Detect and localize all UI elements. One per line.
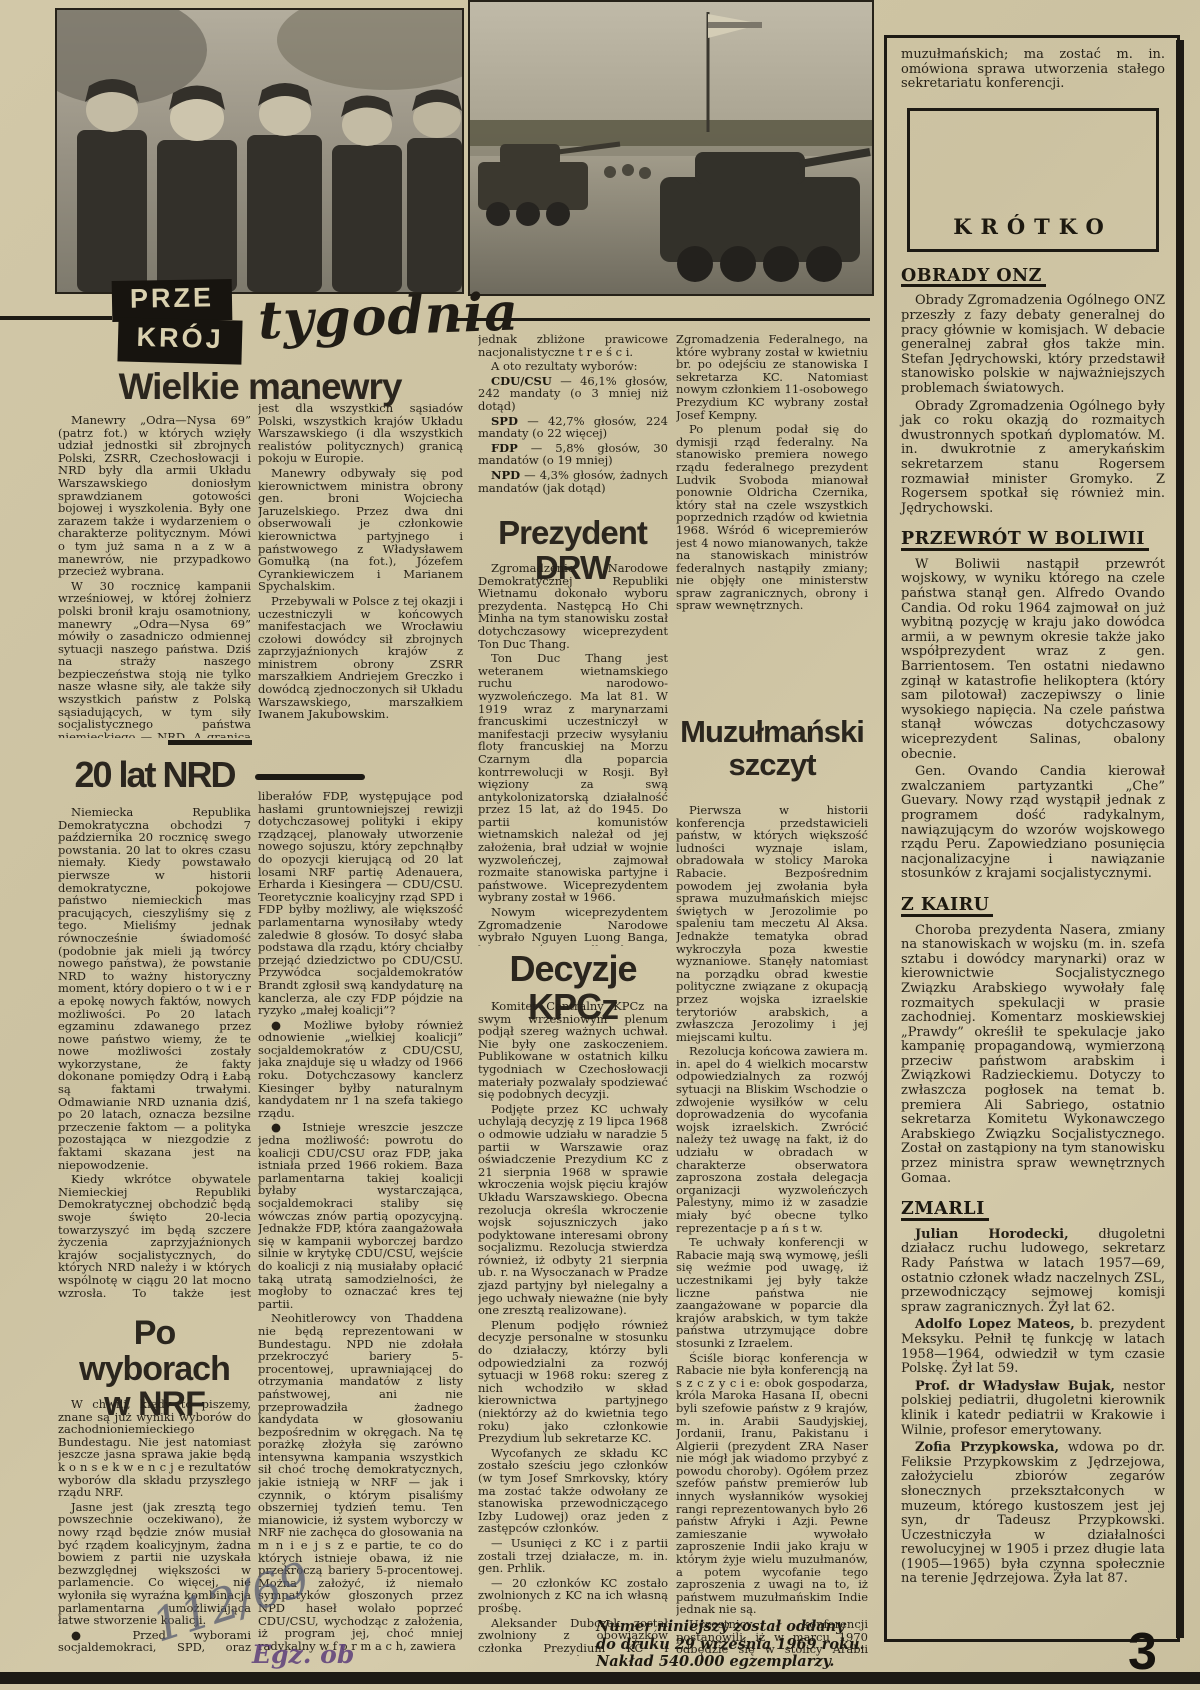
paragraph: Gen. Ovando Candia kierował zwalczaniem … — [901, 765, 1165, 882]
results-intro: A oto rezultaty wyborów: — [478, 360, 668, 373]
paragraph: liberałów FDP, występujące pod hasłami g… — [258, 790, 463, 1017]
paragraph: Rezolucja końcowa zawiera m. in. apel do… — [676, 1045, 868, 1234]
paragraph: Manewry odbywały się pod kierownictwem m… — [258, 467, 463, 593]
photo-military-parade — [468, 0, 874, 296]
paragraph: — Usunięci z KC i z partii zostali trzej… — [478, 1537, 668, 1575]
paragraph: W chwili, kiedy to piszemy, znane są już… — [58, 1398, 251, 1499]
article-prezydent-drw: Zgromadzenie Narodowe Demokratycznej Rep… — [478, 562, 668, 946]
obituary-zofia-przypkowska: Zofia Przypkowska, wdowa po dr. Feliksie… — [901, 1441, 1165, 1587]
photo-military-parade-image — [470, 2, 872, 294]
paragraph: Choroba prezydenta Nasera, zmiany na sta… — [901, 924, 1165, 1187]
sidebar-intro-paragraph: muzułmańskich; ma zostać m. in. omówiona… — [901, 48, 1165, 92]
paragraph: — 20 członków KC zostało zwolnionych z K… — [478, 1577, 668, 1615]
paragraph: jest dla wszystkich sąsiadów Polski, wsz… — [258, 402, 463, 465]
page-number: 3 — [1128, 1622, 1157, 1682]
paragraph: Ściśle biorąc konferencja w Rabacie nie … — [676, 1352, 868, 1616]
paragraph: ● Możliwe byłoby również odnowienie „wie… — [258, 1019, 463, 1120]
krotko-label: KRÓTKO — [910, 220, 1156, 235]
paragraph: Wycofanych ze składu KC zostało sześciu … — [478, 1447, 668, 1535]
paragraph: Obrady Zgromadzenia Ogólnego ONZ przeszł… — [901, 294, 1165, 396]
obituary-name: Prof. dr Władysław Bujak, — [915, 1379, 1115, 1394]
photo-military-officers — [55, 8, 464, 294]
paragraph: Kiedy wkrótce obywatele Niemieckiej Repu… — [58, 1173, 251, 1298]
article-muzulmanski-szczyt: Pierwsza w historii konferencja przedsta… — [676, 804, 868, 1656]
obituary-name: Zofia Przypkowska, — [915, 1440, 1059, 1455]
article-decyzje-kpcz-col4: Zgromadzenia Federalnego, na które wybra… — [676, 333, 868, 705]
article-po-wyborach-col3: jednak zbliżone prawicowe nacjonalistycz… — [478, 333, 668, 511]
section-divider-col2 — [255, 774, 365, 780]
logo-top-block: PRZE — [112, 279, 233, 322]
paragraph: W Boliwii nastąpił przewrót wojskowy, w … — [901, 558, 1165, 762]
article-decyzje-kpcz-col3: Komitet Centralny KPCz na swym wrześniow… — [478, 1000, 668, 1656]
paragraph: jednak zbliżone prawicowe nacjonalistycz… — [478, 333, 668, 358]
section-divider-nrd — [168, 740, 252, 745]
print-note-line2: do druku 29 września 1969 roku. — [596, 1636, 884, 1654]
headline-20-lat-nrd: 20 lat NRD — [58, 756, 251, 794]
article-20-lat-nrd: Niemiecka Republika Demokratyczna obchod… — [58, 806, 251, 1298]
sidebar-heading-z-kairu: Z KAIRU — [901, 898, 993, 917]
election-result-spd: SPD — 42,7% głosów, 224 mandaty (o 22 wi… — [478, 415, 668, 440]
sidebar-heading-przewrot-w-boliwii: PRZEWRÓT W BOLIWII — [901, 532, 1149, 551]
paragraph: Zgromadzenie Narodowe Demokratycznej Rep… — [478, 562, 668, 650]
bottom-rule — [0, 1672, 1200, 1684]
article-po-wyborach-col2: liberałów FDP, występujące pod hasłami g… — [258, 790, 463, 1654]
headline-muzulmanski-line2: szczyt — [676, 749, 868, 782]
krotko-box: KRÓTKO — [907, 108, 1159, 252]
paragraph: W 30 rocznicę kampanii wrześniowej, w kt… — [58, 580, 251, 738]
paragraph: Manewry „Odra—Nysa 69” (patrz fot.) w kt… — [58, 414, 251, 578]
ink-stamp: Egz. ob — [252, 1640, 354, 1669]
print-note-line1: Numer niniejszy został oddany — [596, 1618, 884, 1636]
print-note-line3: Nakład 540.000 egzemplarzy. — [596, 1653, 884, 1671]
paragraph: Zgromadzenia Federalnego, na które wybra… — [676, 333, 868, 421]
paragraph: Nowym wiceprezydentem Zgromadzenie Narod… — [478, 906, 668, 946]
obituary-text: wdowa po dr. Feliksie Przypkowskim z Jęd… — [901, 1440, 1165, 1586]
photo-military-officers-image — [57, 10, 462, 292]
przekroj-logo: PRZE KRÓJ — [112, 280, 242, 363]
headline-muzulmanski-szczyt: Muzułmański szczyt — [676, 716, 868, 781]
obituary-julian-horodecki: Julian Horodecki, długoletni działacz ru… — [901, 1228, 1165, 1316]
obituary-name: Julian Horodecki, — [915, 1227, 1069, 1242]
headline-muzulmanski-line1: Muzułmański — [676, 716, 868, 749]
paragraph: Podjęte przez KC uchwały uchylają decyzj… — [478, 1103, 668, 1317]
sidebar-heading-zmarli: ZMARLI — [901, 1202, 989, 1221]
paragraph: Przebywali w Polsce z tej okazji i uczes… — [258, 595, 463, 721]
obituary-name: Adolfo Lopez Mateos, — [915, 1317, 1075, 1332]
sidebar-krotko-column: muzułmańskich; ma zostać m. in. omówiona… — [884, 35, 1180, 1642]
paragraph: Po plenum podał się do dymisji rząd fede… — [676, 423, 868, 612]
election-result-fdp: FDP — 5,8% głosów, 30 mandatów (o 19 mni… — [478, 442, 668, 467]
masthead-rule-left — [0, 316, 112, 320]
paragraph: Komitet Centralny KPCz na swym wrześniow… — [478, 1000, 668, 1101]
paragraph: ● Istnieje wreszcie jeszcze jedna możliw… — [258, 1121, 463, 1310]
logo-bottom-block: KRÓJ — [117, 317, 242, 364]
obituary-adolfo-lopez-mateos: Adolfo Lopez Mateos, b. prezydent Meksyk… — [901, 1318, 1165, 1376]
sidebar-heading-obrady-onz: OBRADY ONZ — [901, 269, 1046, 288]
sidebar-right-heavy-rule — [1176, 40, 1184, 1638]
paragraph: Niemiecka Republika Demokratyczna obchod… — [58, 806, 251, 1171]
paragraph: Ton Duc Thang jest weteranem wietnamskie… — [478, 652, 668, 904]
article-wielkie-manewry-col2: jest dla wszystkich sąsiadów Polski, wsz… — [258, 402, 463, 770]
paragraph: Obrady Zgromadzenia Ogólnego były jak co… — [901, 400, 1165, 517]
headline-po-wyborach-line1: Po wyborach — [58, 1316, 251, 1387]
print-note: Numer niniejszy został oddany do druku 2… — [596, 1618, 884, 1671]
paragraph: Te uchwały konferencji w Rabacie mają sw… — [676, 1236, 868, 1349]
paragraph: Plenum podjęło również decyzje personaln… — [478, 1319, 668, 1445]
election-result-cdu-csu: CDU/CSU — 46,1% głosów, 242 mandaty (o 3… — [478, 375, 668, 413]
obituary-wladyslaw-bujak: Prof. dr Władysław Bujak, nestor polskie… — [901, 1380, 1165, 1438]
article-wielkie-manewry-col1: Manewry „Odra—Nysa 69” (patrz fot.) w kt… — [58, 414, 251, 738]
paragraph: Pierwsza w historii konferencja przedsta… — [676, 804, 868, 1043]
newspaper-page: PRZE KRÓJ tygodnia Wielkie manewry Manew… — [0, 0, 1200, 1690]
election-result-npd: NPD — 4,3% głosów, żadnych mandatów (jak… — [478, 469, 668, 494]
